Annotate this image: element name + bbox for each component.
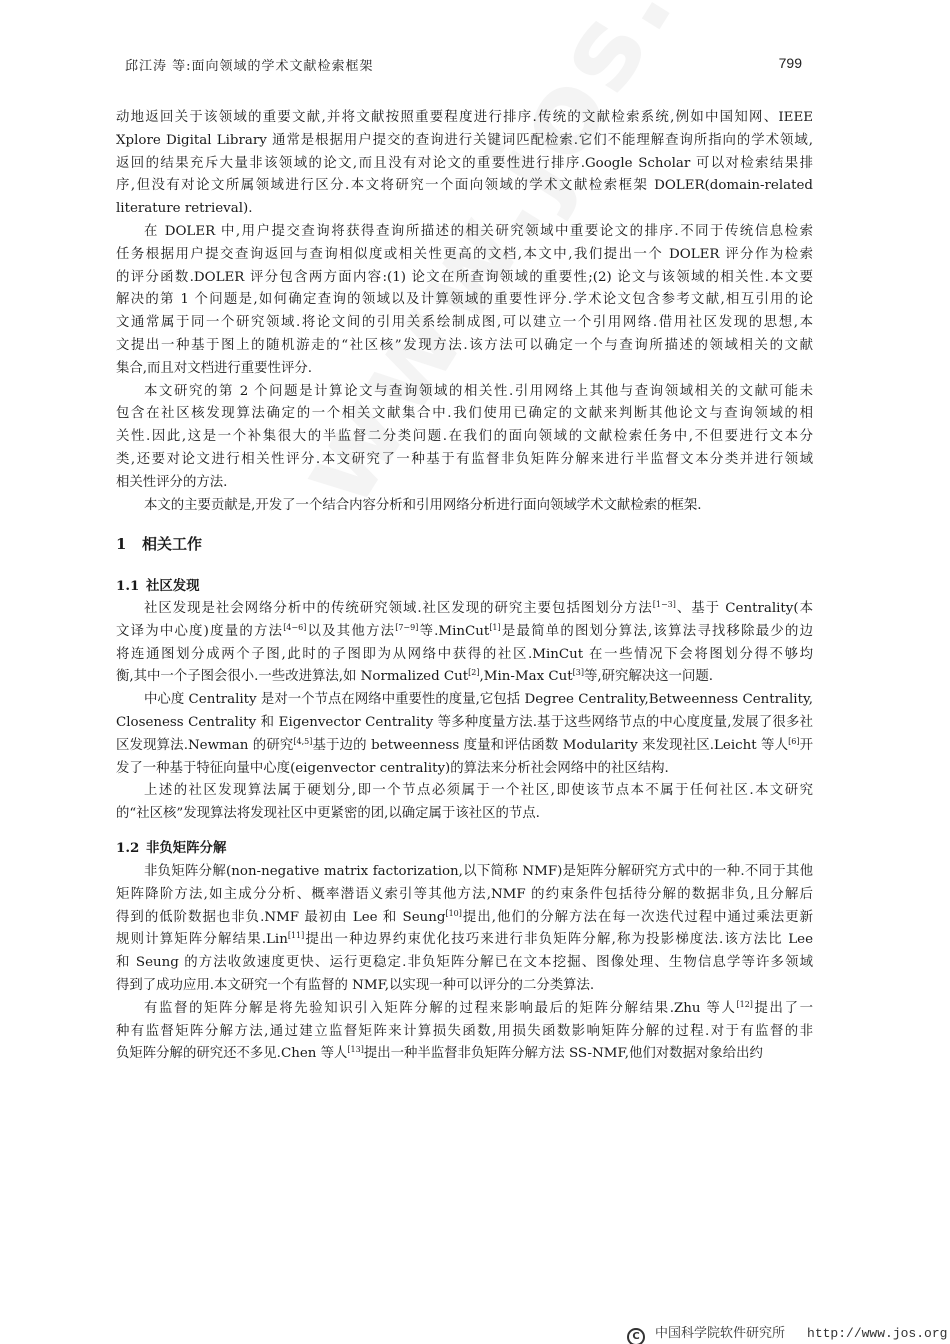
intro-paragraph-3: 本文研究的第 2 个问题是计算论文与查询领域的相关性.引用网络上其他与查询领域相… (116, 381, 813, 495)
text-segment: 等,研究解决这一问题. (584, 669, 713, 684)
text-line: 的评分函数.DOLER 评分包含两方面内容:(1) 论文在所查询领域的重要性;(… (116, 267, 813, 290)
text-segment: 提出,他们的分解方法在每一次迭代过程中通过乘法更新 (462, 910, 813, 925)
citation-ref: [1−3] (653, 600, 676, 609)
citation-ref: [10] (445, 909, 461, 918)
text-segment: 衡,其中一个子图会很小.一些改进算法,如 Normalized Cut (116, 669, 468, 684)
paragraph: 非负矩阵分解(non-negative matrix factorization… (116, 861, 813, 998)
text-line: 文译为中心度)度量的方法[4−6]以及其他方法[7−9]等.MinCut[1]是… (116, 621, 813, 644)
text-line: 集合,而且对文档进行重要性评分. (116, 358, 813, 381)
citation-ref: [6] (788, 737, 799, 746)
text-line: 文提出一种基于图上的随机游走的“社区核”发现方法.该方法可以确定一个与查询所描述… (116, 335, 813, 358)
text-segment: 种有监督矩阵分解方法,通过建立监督矩阵来计算损失函数,用损失函数影响矩阵分解的过… (116, 1024, 813, 1039)
section-number: 1 (116, 535, 142, 553)
text-segment: 中心度 Centrality 是对一个节点在网络中重要性的度量,它包括 Degr… (144, 692, 813, 707)
text-line: 相关性评分的方法. (116, 472, 813, 495)
text-line: 上述的社区发现算法属于硬划分,即一个节点必须属于一个社区,即使该节点本不属于任何… (116, 780, 813, 803)
text-line: 得到了成功应用.本文研究一个有监督的 NMF,以实现一种可以评分的二分类算法. (116, 975, 813, 998)
intro-paragraph-2: 在 DOLER 中,用户提交查询将获得查询所描述的相关研究领域中重要论文的排序.… (116, 221, 813, 381)
text-segment: 基于边的 betweenness 度量和评估函数 Modularity 来发现社… (312, 738, 788, 753)
text-segment: 负矩阵分解的研究还不多见.Chen 等人 (116, 1046, 347, 1061)
text-segment: 规则计算矩阵分解结果.Lin (116, 932, 288, 947)
section-heading-1-1: 1.1社区发现 (116, 575, 200, 594)
text-line: 有监督的矩阵分解是将先验知识引入矩阵分解的过程来影响最后的矩阵分解结果.Zhu … (116, 998, 813, 1021)
section-heading-1-2: 1.2非负矩阵分解 (116, 837, 226, 856)
paragraph: 上述的社区发现算法属于硬划分,即一个节点必须属于一个社区,即使该节点本不属于任何… (116, 780, 813, 826)
text-line: 矩阵降阶方法,如主成分分析、概率潜语义索引等其他方法,NMF 的约束条件包括待分… (116, 884, 813, 907)
text-segment: 上述的社区发现算法属于硬划分,即一个节点必须属于一个社区,即使该节点本不属于任何… (144, 783, 813, 798)
citation-ref: [4−6] (283, 623, 306, 632)
text-segment: 、基于 Centrality(本 (676, 601, 813, 616)
paragraph: 社区发现是社会网络分析中的传统研究领域.社区发现的研究主要包括图划分方法[1−3… (116, 598, 813, 689)
text-segment: Closeness Centrality 和 Eigenvector Centr… (116, 715, 813, 730)
citation-ref: [11] (288, 931, 304, 940)
text-line: 衡,其中一个子图会很小.一些改进算法,如 Normalized Cut[2],M… (116, 666, 813, 689)
journal-url: http://www.jos.org.cn (807, 1326, 950, 1341)
text-segment: 社区发现是社会网络分析中的传统研究领域.社区发现的研究主要包括图划分方法 (144, 601, 653, 616)
section-number: 1.2 (116, 840, 146, 856)
text-segment: 有监督的矩阵分解是将先验知识引入矩阵分解的过程来影响最后的矩阵分解结果.Zhu … (144, 1001, 736, 1016)
text-segment: 提出一种边界约束优化技巧来进行非负矩阵分解,称为投影梯度法.该方法比 Lee (304, 932, 813, 947)
text-segment: 文译为中心度)度量的方法 (116, 624, 283, 639)
intro-paragraph-4: 本文的主要贡献是,开发了一个结合内容分析和引用网络分析进行面向领域学术文献检索的… (116, 495, 813, 518)
text-line: 关性.因此,这是一个补集很大的半监督二分类问题.在我们的面向领域的文献检索任务中… (116, 426, 813, 449)
text-segment: 将连通图划分成两个子图,此时的子图即为从网络中获得的社区.MinCut 在一些情… (116, 647, 813, 662)
text-line: 在 DOLER 中,用户提交查询将获得查询所描述的相关研究领域中重要论文的排序.… (116, 221, 813, 244)
text-segment: 区发现算法.Newman 的研究 (116, 738, 293, 753)
text-line: 将连通图划分成两个子图,此时的子图即为从网络中获得的社区.MinCut 在一些情… (116, 644, 813, 667)
text-line: 类,还要对论文进行相关性评分.本文研究了一种基于有监督非负矩阵分解来进行半监督文… (116, 449, 813, 472)
section-1-1-body: 社区发现是社会网络分析中的传统研究领域.社区发现的研究主要包括图划分方法[1−3… (116, 598, 813, 826)
publisher-name: 中国科学院软件研究所 (655, 1326, 785, 1341)
section-title: 非负矩阵分解 (146, 840, 226, 856)
text-segment: 发了一种基于特征向量中心度(eigenvector centrality)的算法… (116, 761, 669, 776)
text-line: 得到的低阶数据也非负.NMF 最初由 Lee 和 Seung[10]提出,他们的… (116, 907, 813, 930)
text-line: 任务根据用户提交查询返回与查询相似度或相关性更高的文档,本文中,我们提出一个 D… (116, 244, 813, 267)
text-segment: 得到的低阶数据也非负.NMF 最初由 Lee 和 Seung (116, 910, 445, 925)
text-line: 种有监督矩阵分解方法,通过建立监督矩阵来计算损失函数,用损失函数影响矩阵分解的过… (116, 1021, 813, 1044)
running-title: 邱江涛 等:面向领域的学术文献检索框架 (125, 55, 374, 74)
section-1-2-body: 非负矩阵分解(non-negative matrix factorization… (116, 861, 813, 1066)
citation-ref: [3] (573, 668, 584, 677)
text-line: Xplore Digital Library 通常是根据用户提交的查询进行关键词… (116, 130, 813, 153)
page-number: 799 (779, 55, 802, 71)
text-line: 规则计算矩阵分解结果.Lin[11]提出一种边界约束优化技巧来进行非负矩阵分解,… (116, 929, 813, 952)
text-line: 动地返回关于该领域的重要文献,并将文献按照重要程度进行排序.传统的文献检索系统,… (116, 107, 813, 130)
citation-ref: [2] (468, 668, 479, 677)
text-segment: 等.MinCut (418, 624, 489, 639)
section-title: 社区发现 (146, 578, 200, 594)
intro-body: 动地返回关于该领域的重要文献,并将文献按照重要程度进行排序.传统的文献检索系统,… (116, 107, 813, 517)
section-heading-1: 1相关工作 (116, 533, 202, 554)
text-line: literature retrieval). (116, 198, 813, 221)
text-line: 序,但没有对论文所属领域进行区分.本文将研究一个面向领域的学术文献检索框架 DO… (116, 175, 813, 198)
text-line: 区发现算法.Newman 的研究[4,5]基于边的 betweenness 度量… (116, 735, 813, 758)
text-line: 解决的第 1 个问题是,如何确定查询的领域以及计算领域的重要性评分.学术论文包含… (116, 289, 813, 312)
text-line: 和 Seung 的方法收敛速度更快、运行更稳定.非负矩阵分解已在文本挖掘、图像处… (116, 952, 813, 975)
text-line: 社区发现是社会网络分析中的传统研究领域.社区发现的研究主要包括图划分方法[1−3… (116, 598, 813, 621)
citation-ref: [12] (736, 1000, 752, 1009)
text-segment: 以及其他方法 (306, 624, 395, 639)
text-segment: 得到了成功应用.本文研究一个有监督的 NMF,以实现一种可以评分的二分类算法. (116, 978, 594, 993)
text-segment: 提出一种半监督非负矩阵分解方法 SS-NMF,他们对数据对象给出约 (364, 1046, 763, 1061)
text-segment: 非负矩阵分解(non-negative matrix factorization… (144, 864, 813, 879)
citation-ref: [13] (347, 1045, 363, 1054)
copyright-icon: C (627, 1328, 645, 1344)
text-line: 文通常属于同一个研究领域.将论文间的引用关系绘制成图,可以建立一个引用网络.借用… (116, 312, 813, 335)
citation-ref: [7−9] (395, 623, 418, 632)
text-line: 的“社区核”发现算法将发现社区中更紧密的团,以确定属于该社区的节点. (116, 803, 813, 826)
text-segment: 的“社区核”发现算法将发现社区中更紧密的团,以确定属于该社区的节点. (116, 806, 540, 821)
intro-paragraph-1: 动地返回关于该领域的重要文献,并将文献按照重要程度进行排序.传统的文献检索系统,… (116, 107, 813, 221)
text-line: 本文的主要贡献是,开发了一个结合内容分析和引用网络分析进行面向领域学术文献检索的… (116, 495, 813, 518)
paragraph: 有监督的矩阵分解是将先验知识引入矩阵分解的过程来影响最后的矩阵分解结果.Zhu … (116, 998, 813, 1066)
text-line: 负矩阵分解的研究还不多见.Chen 等人[13]提出一种半监督非负矩阵分解方法 … (116, 1043, 813, 1066)
text-line: 包含在社区核发现算法确定的一个相关文献集合中.我们使用已确定的文献来判断其他论文… (116, 403, 813, 426)
text-segment: 和 Seung 的方法收敛速度更快、运行更稳定.非负矩阵分解已在文本挖掘、图像处… (116, 955, 813, 970)
text-segment: ,Min-Max Cut (480, 669, 573, 684)
section-title: 相关工作 (142, 535, 202, 553)
text-line: 发了一种基于特征向量中心度(eigenvector centrality)的算法… (116, 758, 813, 781)
paragraph: 中心度 Centrality 是对一个节点在网络中重要性的度量,它包括 Degr… (116, 689, 813, 780)
citation-ref: [4,5] (293, 737, 312, 746)
citation-ref: [1] (489, 623, 500, 632)
text-segment: 矩阵降阶方法,如主成分分析、概率潜语义索引等其他方法,NMF 的约束条件包括待分… (116, 887, 813, 902)
section-number: 1.1 (116, 578, 146, 594)
text-line: 本文研究的第 2 个问题是计算论文与查询领域的相关性.引用网络上其他与查询领域相… (116, 381, 813, 404)
text-line: Closeness Centrality 和 Eigenvector Centr… (116, 712, 813, 735)
text-line: 非负矩阵分解(non-negative matrix factorization… (116, 861, 813, 884)
text-line: 中心度 Centrality 是对一个节点在网络中重要性的度量,它包括 Degr… (116, 689, 813, 712)
text-segment: 是最简单的图划分算法,该算法寻找移除最少的边 (501, 624, 813, 639)
page-footer: C中国科学院软件研究所http://www.jos.org.cn (627, 1322, 950, 1344)
page-header: 邱江涛 等:面向领域的学术文献检索框架 799 (125, 55, 802, 75)
text-segment: 开 (799, 738, 813, 753)
text-line: 返回的结果充斥大量非该领域的论文,而且没有对论文的重要性进行排序.Google … (116, 153, 813, 176)
text-segment: 提出了一 (753, 1001, 813, 1016)
